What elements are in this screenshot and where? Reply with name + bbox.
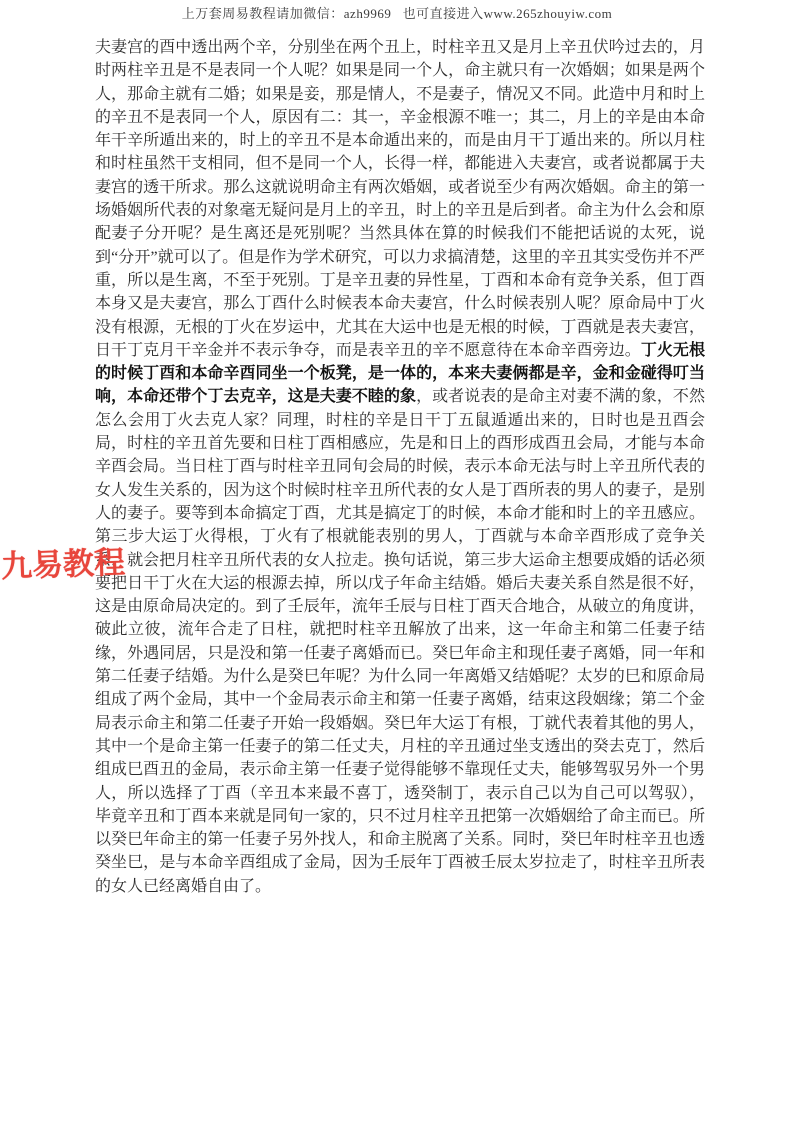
paragraph-segment-normal-2: ，或者说表的是命主对妻不满的象，不然怎么会用丁火去克人家？同理，时柱的辛是日干丁…: [95, 388, 705, 894]
document-page: 上万套周易教程请加微信：azh9969 也可直接进入www.265zhouyiw…: [0, 0, 794, 1123]
watermark-jiuyi-jiaocheng: 九易教程: [0, 537, 125, 586]
paragraph-segment-normal-1: 夫妻宫的酉中透出两个辛，分别坐在两个丑上，时柱辛丑又是月上辛丑伏吟过去的，月时两…: [95, 39, 705, 359]
header-promo-line: 上万套周易教程请加微信：azh9969 也可直接进入www.265zhouyiw…: [0, 3, 794, 22]
article-paragraph: 夫妻宫的酉中透出两个辛，分别坐在两个丑上，时柱辛丑又是月上辛丑伏吟过去的，月时两…: [95, 36, 705, 898]
